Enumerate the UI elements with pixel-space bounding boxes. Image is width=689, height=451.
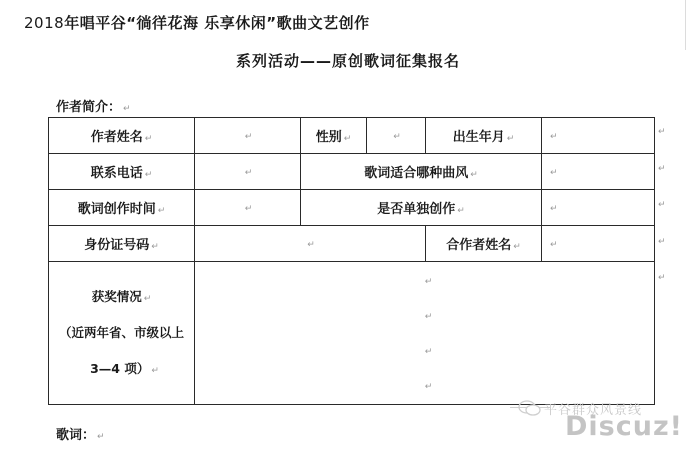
paragraph-mark-icon: ↵	[658, 127, 666, 137]
title-text: 年唱平谷“徜徉花海 乐享休闲”歌曲文艺创作	[64, 14, 369, 32]
paragraph-mark-icon: ↵	[513, 242, 521, 252]
paragraph-mark-icon: ↵	[145, 170, 153, 180]
coauthor-name-field[interactable]: ↵	[542, 226, 655, 262]
awards-field[interactable]: ↵ ↵ ↵ ↵	[195, 262, 655, 405]
paragraph-mark-icon: ↵	[425, 277, 433, 287]
paragraph-mark-icon: ↵	[151, 242, 159, 252]
paragraph-mark-icon: ↵	[158, 206, 166, 216]
music-style-label: 歌词适合哪种曲风↵	[301, 154, 542, 190]
id-number-field[interactable]: ↵	[195, 226, 426, 262]
author-intro-text: 作者简介：	[56, 100, 121, 115]
music-style-field[interactable]: ↵	[542, 154, 655, 190]
paragraph-mark-icon: ↵	[550, 240, 558, 250]
paragraph-mark-icon: ↵	[550, 204, 558, 214]
watermark: 平谷群众风景线 Discuz!	[510, 395, 680, 445]
row-end-marks: ↵ ↵ ↵ ↵ ↵	[656, 117, 666, 300]
paragraph-mark-icon: ↵	[393, 132, 401, 142]
page-edge-line	[685, 0, 686, 50]
table-row: 作者姓名↵ ↵ 性别↵ ↵ 出生年月↵ ↵	[49, 118, 655, 154]
phone-label: 联系电话↵	[49, 154, 195, 190]
paragraph-mark-icon: ↵	[457, 206, 465, 216]
solo-creation-label: 是否单独创作↵	[301, 190, 542, 226]
gender-field[interactable]: ↵	[367, 118, 426, 154]
paragraph-mark-icon: ↵	[151, 366, 159, 376]
paragraph-mark-icon: ↵	[425, 312, 433, 322]
table-row: 歌词创作时间↵ ↵ 是否单独创作↵ ↵	[49, 190, 655, 226]
lyrics-label-text: 歌词：	[56, 428, 95, 443]
paragraph-mark-icon: ↵	[550, 168, 558, 178]
id-number-label: 身份证号码↵	[49, 226, 195, 262]
paragraph-mark-icon: ↵	[550, 132, 558, 142]
paragraph-mark-icon: ↵	[144, 294, 152, 304]
awards-label-line2: （近两年省、市级以上	[49, 315, 194, 351]
paragraph-mark-icon: ↵	[145, 134, 153, 144]
awards-label-line1: 获奖情况↵	[49, 279, 194, 315]
document-title-line1: 2018年唱平谷“徜徉花海 乐享休闲”歌曲文艺创作	[24, 12, 370, 33]
discuz-logo: Discuz!	[565, 411, 683, 442]
author-intro-label: 作者简介：↵	[56, 96, 131, 115]
paragraph-mark-icon: ↵	[658, 237, 666, 247]
paragraph-mark-icon: ↵	[425, 382, 433, 392]
solo-creation-field[interactable]: ↵	[542, 190, 655, 226]
paragraph-mark-icon: ↵	[97, 432, 105, 442]
birth-date-label: 出生年月↵	[426, 118, 542, 154]
award-entry-3[interactable]: ↵	[201, 333, 654, 368]
wechat-icon	[518, 399, 542, 417]
awards-label: 获奖情况↵ （近两年省、市级以上 3—4 项）↵	[49, 262, 195, 405]
paragraph-mark-icon: ↵	[245, 204, 253, 214]
paragraph-mark-icon: ↵	[245, 132, 253, 142]
paragraph-mark-icon: ↵	[658, 164, 666, 174]
title-year: 2018	[24, 14, 64, 32]
paragraph-mark-icon: ↵	[507, 134, 515, 144]
table-row: 身份证号码↵ ↵ 合作者姓名↵ ↵	[49, 226, 655, 262]
paragraph-mark-icon: ↵	[344, 134, 352, 144]
paragraph-mark-icon: ↵	[245, 168, 253, 178]
coauthor-name-label: 合作者姓名↵	[426, 226, 542, 262]
lyrics-label: 歌词：↵	[56, 424, 105, 443]
paragraph-mark-icon: ↵	[307, 240, 315, 250]
phone-field[interactable]: ↵	[195, 154, 301, 190]
document-title-line2: 系列活动——原创歌词征集报名	[236, 50, 460, 71]
table-row: 获奖情况↵ （近两年省、市级以上 3—4 项）↵ ↵ ↵ ↵ ↵	[49, 262, 655, 405]
author-name-label: 作者姓名↵	[49, 118, 195, 154]
paragraph-mark-icon: ↵	[658, 200, 666, 210]
paragraph-mark-icon: ↵	[658, 273, 666, 283]
registration-form-table: 作者姓名↵ ↵ 性别↵ ↵ 出生年月↵ ↵ 联系电话↵ ↵ 歌词适合哪种曲风↵ …	[48, 117, 655, 405]
gender-label: 性别↵	[301, 118, 367, 154]
author-name-field[interactable]: ↵	[195, 118, 301, 154]
lyrics-creation-time-label: 歌词创作时间↵	[49, 190, 195, 226]
award-entry-2[interactable]: ↵	[201, 298, 654, 333]
paragraph-mark-icon: ↵	[470, 170, 478, 180]
paragraph-mark-icon: ↵	[425, 347, 433, 357]
paragraph-mark-icon: ↵	[123, 104, 131, 114]
awards-label-line3: 3—4 项）↵	[49, 351, 194, 387]
lyrics-creation-time-field[interactable]: ↵	[195, 190, 301, 226]
table-row: 联系电话↵ ↵ 歌词适合哪种曲风↵ ↵	[49, 154, 655, 190]
birth-date-field[interactable]: ↵	[542, 118, 655, 154]
award-entry-1[interactable]: ↵	[201, 263, 654, 298]
